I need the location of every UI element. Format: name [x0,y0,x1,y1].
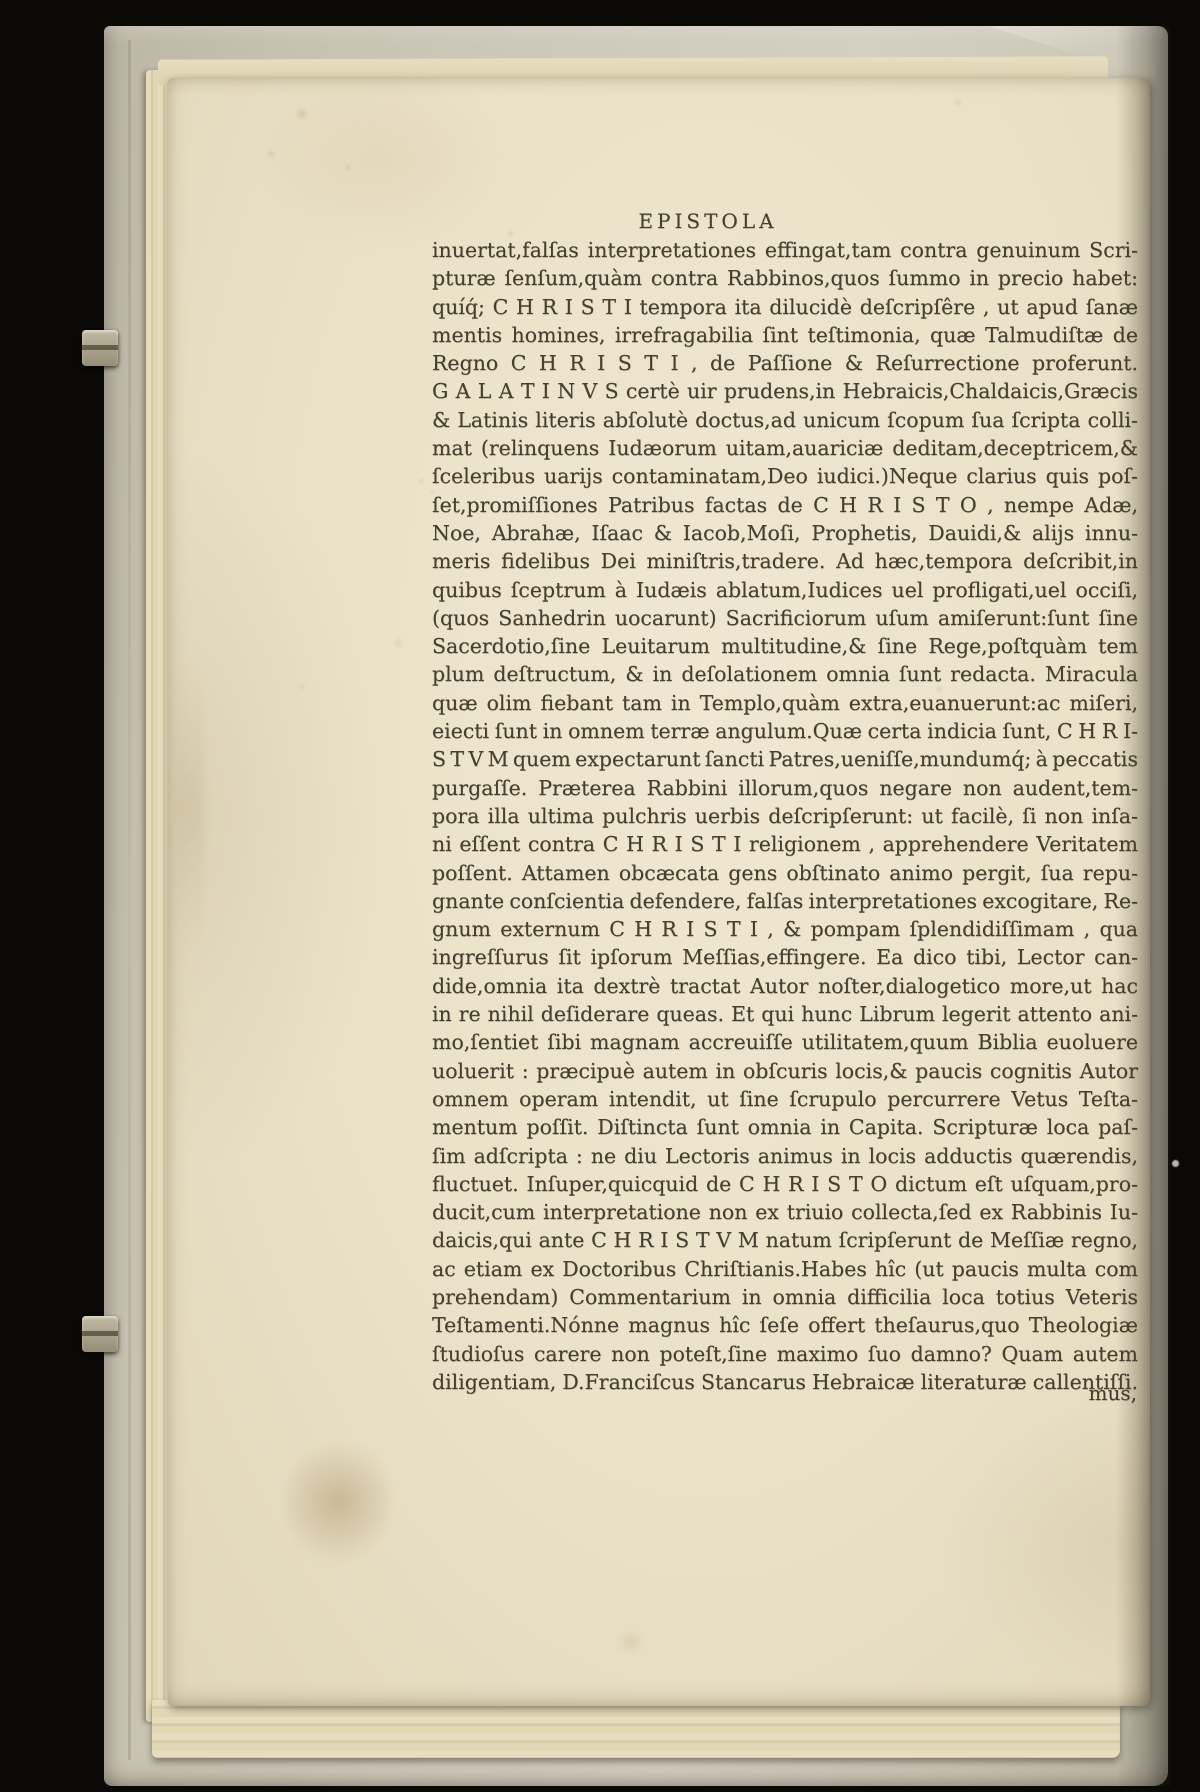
text-line: gnante conſcientia defendere, falſas int… [432,887,1138,915]
text-line: Teſtamenti.Nónne magnus hîc ſeſe offert … [432,1311,1138,1339]
text-line: pora illa ultima pulchris uerbis deſcrip… [432,802,1138,830]
text-line: Sacerdotio,ſine Leuitarum multitudine,& … [432,632,1138,660]
text-line: ſceleribus uarijs contaminatam,Deo iudic… [432,462,1138,490]
text-line: omnem operam intendit, ut ſine ſcrupulo … [432,1085,1138,1113]
text-line: S T V M quem expectarunt ſancti Patres,u… [432,745,1138,773]
text-line: ſtudioſus carere non poteſt,ſine maximo … [432,1340,1138,1368]
text-line: ducit,cum interpretatione non ex triuio … [432,1198,1138,1226]
text-line: in re nihil deſiderare queas. Et qui hun… [432,1000,1138,1028]
cover-crease [128,40,131,1760]
text-line: ingreſſurus ſit ipſorum Meſſias,effinger… [432,943,1138,971]
foxing-spot [294,108,310,120]
dust-speck [1172,1160,1179,1167]
text-line: prehendam) Commentarium in omnia diffici… [432,1283,1138,1311]
stain-smudge [286,1436,390,1568]
text-line: pturæ ſenſum,quàm contra Rabbinos,quos ſ… [432,264,1138,292]
text-line: uoluerit : præcipuè autem in obſcuris lo… [432,1057,1138,1085]
page-heading: EPISTOLA [355,209,1061,233]
foxing-spot [298,684,306,690]
text-line: Noe, Abrahæ, Iſaac & Iacob,Moſi, Prophet… [432,519,1138,547]
text-line: purgaſſe. Præterea Rabbini illorum,quos … [432,774,1138,802]
text-line: inuertat,falſas interpretationes effinga… [432,236,1138,264]
text-line: eiecti ſunt in omnem terræ angulum.Quæ c… [432,717,1138,745]
text-line: mentis homines, irrefragabilia ſint teſt… [432,321,1138,349]
text-line: Regno C H R I S T I , de Paſſione & Reſu… [432,349,1138,377]
text-line: poſſent. Attamen obcæcata gens obſtinato… [432,859,1138,887]
text-line: quæ olim fiebant tam in Templo,quàm extr… [432,689,1138,717]
foxing-spot [344,164,352,171]
text-line: ſet,promiſſiones Patribus factas de C H … [432,491,1138,519]
page-stack-bottom-edge [152,1700,1120,1758]
stain-smudge [616,1634,646,1650]
text-line: diligentiam, D.Franciſcus Stancarus Hebr… [432,1368,1138,1396]
text-line: G A L A T I N V S certè uir prudens,in H… [432,377,1138,405]
text-line: fluctuet. Inſuper,quicquid de C H R I S … [432,1170,1138,1198]
foxing-spot [952,98,964,107]
text-line: plum deſtructum, & in deſolationem omnia… [432,660,1138,688]
epistola-text-block: inuertat,falſas interpretationes effinga… [432,236,1138,1396]
text-line: mentum poſſit. Diſtincta ſunt omnia in C… [432,1113,1138,1141]
foxing-spot [394,634,403,652]
text-line: (quos Sanhedrin uocarunt) Sacrificiorum … [432,604,1138,632]
text-line: ſim adſcripta : ne diu Lectoris animus i… [432,1142,1138,1170]
foxing-spot [418,478,425,484]
text-line: gnum externum C H R I S T I , & pompam ſ… [432,915,1138,943]
text-line: ac etiam ex Doctoribus Chriſtianis.Habes… [432,1255,1138,1283]
text-line: quíq́; C H R I S T I tempora ita dilucid… [432,293,1138,321]
binding-clasp-bottom [82,1316,118,1352]
text-line: quibus ſceptrum à Iudæis ablatum,Iudices… [432,576,1138,604]
foxing-spot [266,150,276,158]
text-line: ni eſſent contra C H R I S T I religione… [432,830,1138,858]
text-line: meris fidelibus Dei miniſtris,tradere. A… [432,547,1138,575]
binding-clasp-top [82,330,118,366]
stain-smudge [176,598,204,1018]
text-line: daicis,qui ante C H R I S T V M natum ſc… [432,1226,1138,1254]
catchword: mus, [1089,1381,1137,1405]
text-line: dide,omnia ita dextrè tractat Autor noſt… [432,972,1138,1000]
text-line: mo,ſentiet ſibi magnam accreuiſſe utilit… [432,1028,1138,1056]
text-line: mat (relinquens Iudæorum uitam,auariciæ … [432,434,1138,462]
text-line: & Latinis literis abſolutè doctus,ad uni… [432,406,1138,434]
